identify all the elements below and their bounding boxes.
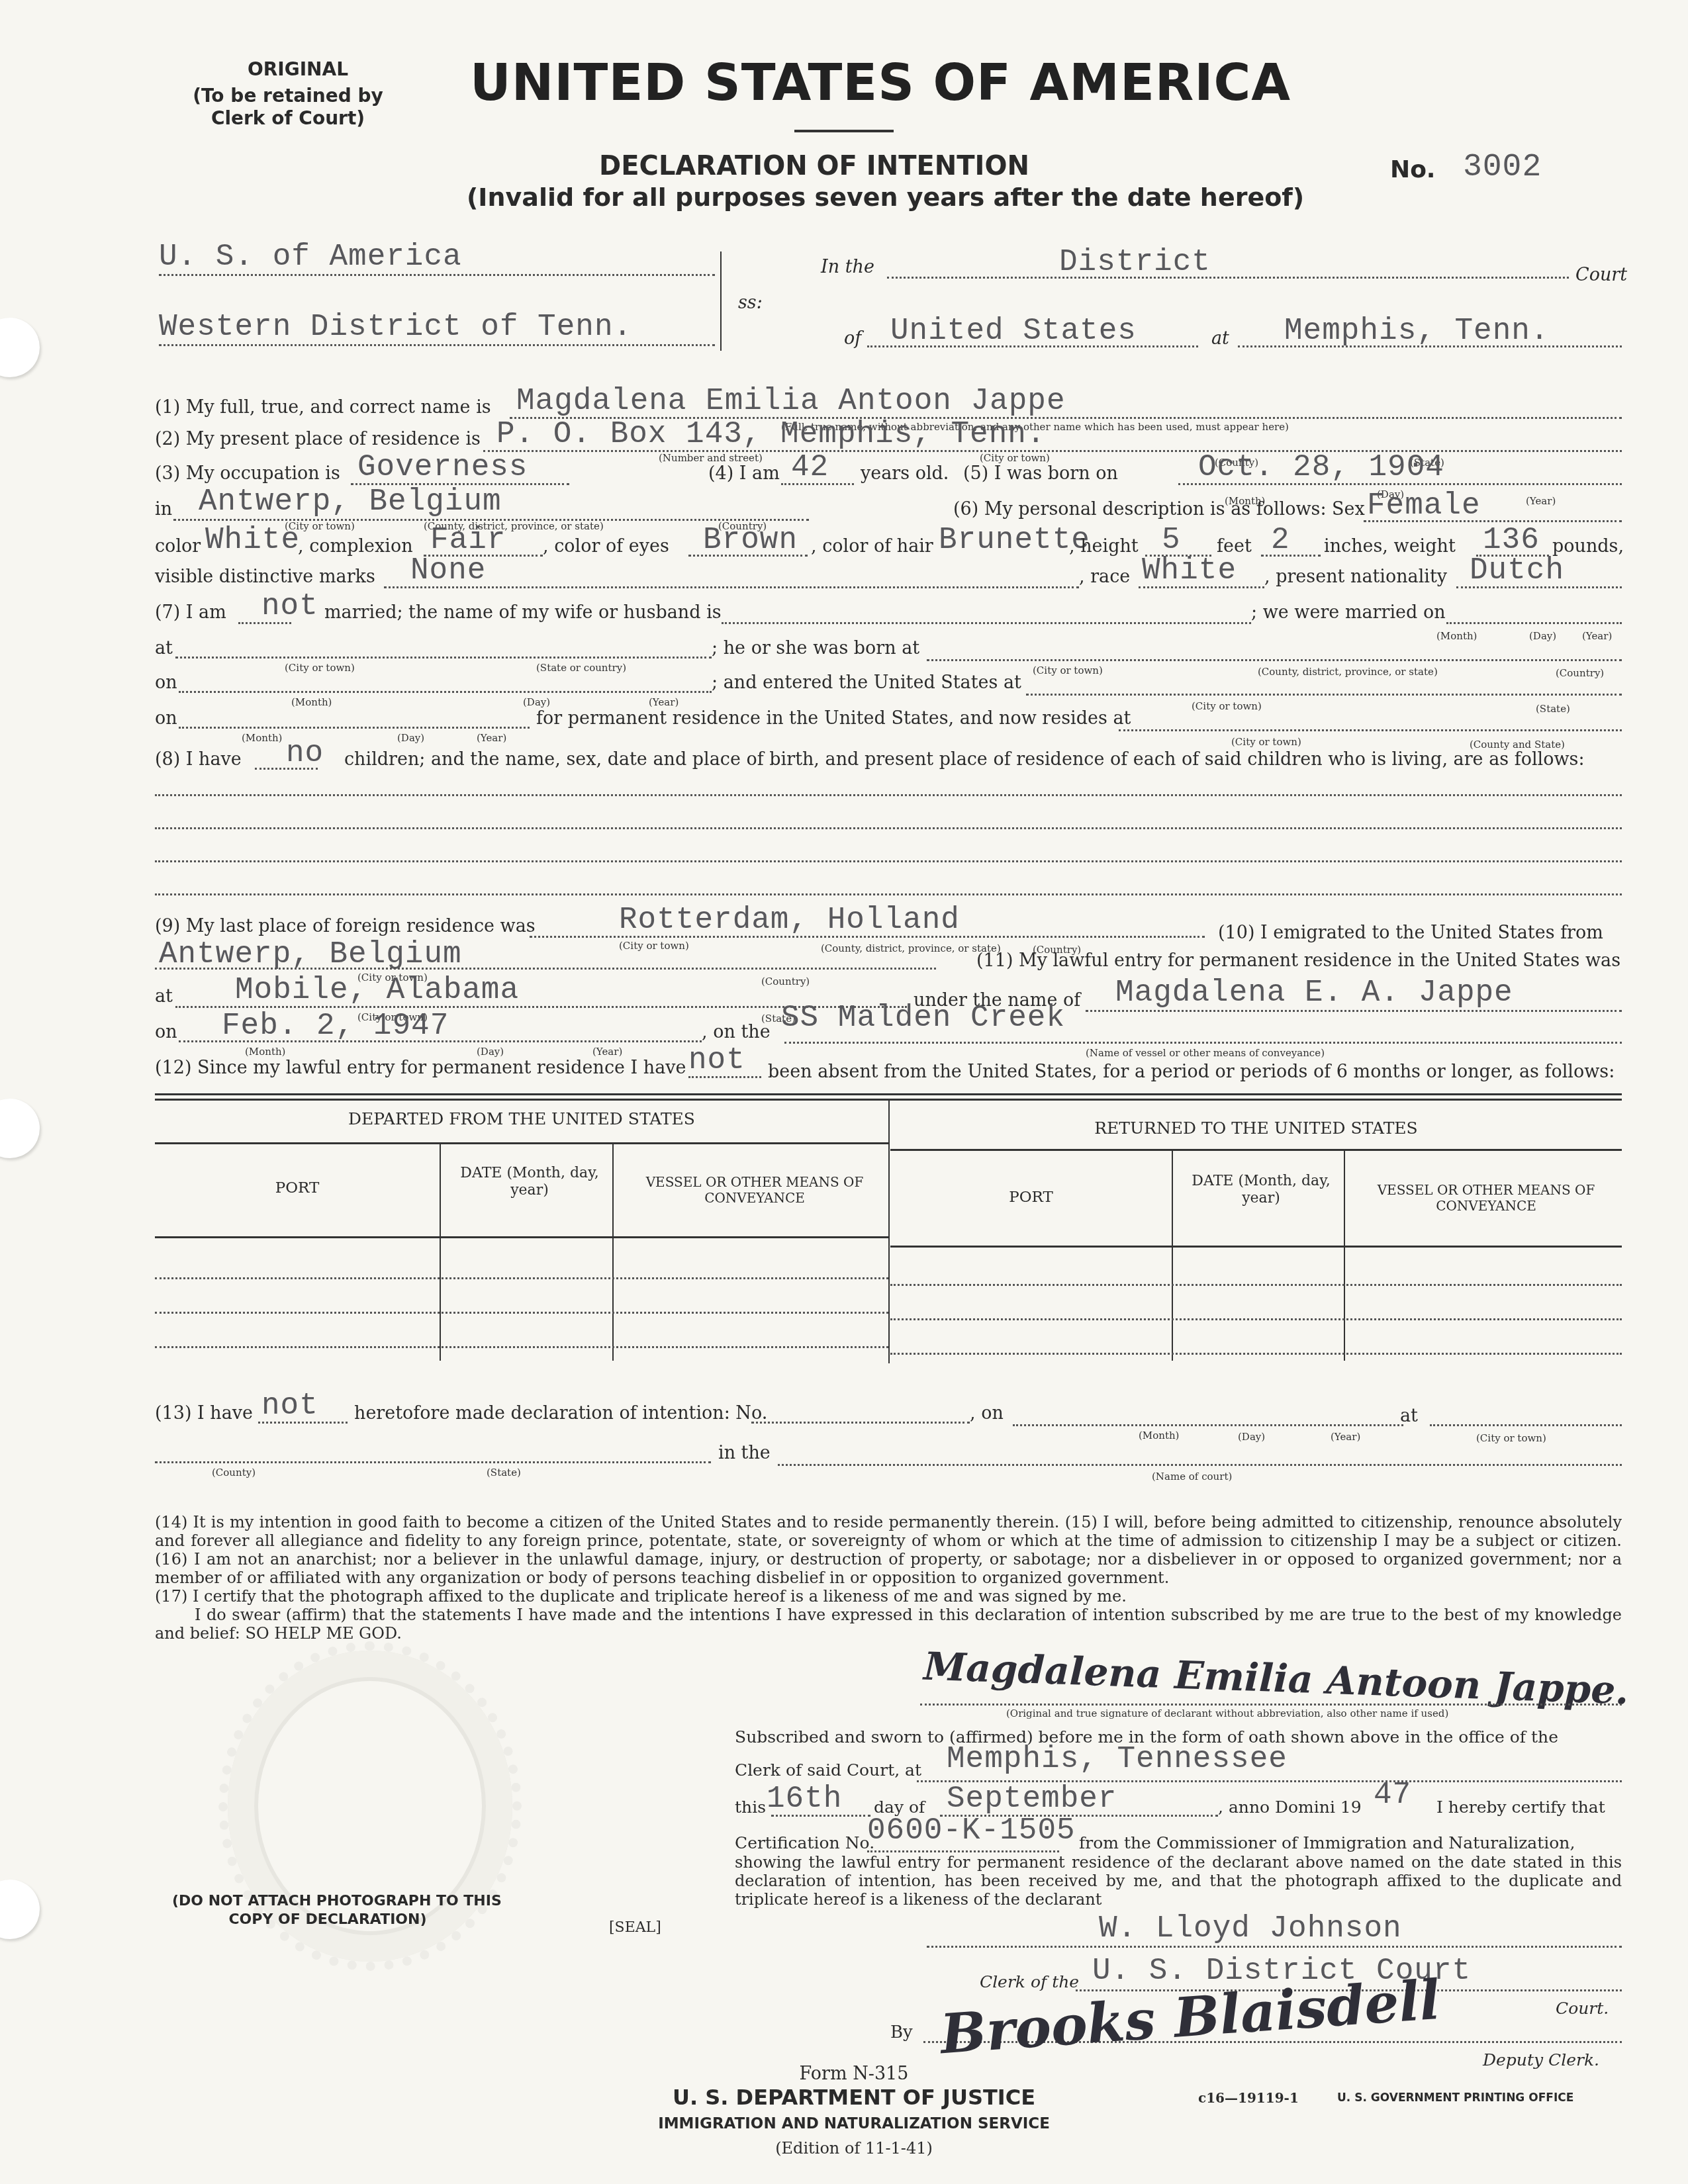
anno-label: , anno Domini 19 — [1218, 1797, 1362, 1817]
col-divider — [1172, 1149, 1173, 1361]
caption: (Year) — [1526, 495, 1556, 507]
oath-paragraph: (14) It is my intention in good faith to… — [155, 1513, 1622, 1587]
q5-label: (5) I was born on — [963, 463, 1118, 484]
complexion-label: , complexion — [298, 536, 413, 557]
q8-label: (8) I have — [155, 749, 242, 770]
table-rule — [155, 1236, 888, 1238]
married-on-label: ; we were married on — [1251, 602, 1446, 623]
entered-us-label: ; and entered the United States at — [712, 672, 1021, 693]
absent-value: not — [688, 1043, 745, 1077]
caption: (City or town) — [285, 662, 355, 674]
col-divider — [1344, 1149, 1345, 1361]
dotted-line — [867, 1850, 1059, 1852]
form-number: Form N-315 — [728, 2064, 980, 2084]
dotted-line — [1446, 622, 1622, 624]
q3-label: (3) My occupation is — [155, 463, 340, 484]
on-label: on — [155, 708, 177, 729]
clerk-at-label: Clerk of said Court, at — [735, 1760, 921, 1780]
caption: (City or town) — [980, 452, 1050, 464]
document-title: UNITED STATES OF AMERICA — [470, 53, 1291, 112]
col-port-returned: PORT — [890, 1189, 1172, 1206]
complexion-value: Fair — [430, 523, 506, 557]
col-port-departed: PORT — [155, 1179, 440, 1197]
caption: (Month) — [1436, 630, 1477, 642]
seal-label: [SEAL] — [609, 1919, 661, 1936]
dotted-line — [751, 1422, 970, 1424]
dotted-line — [722, 622, 1251, 624]
caption: (Country) — [1556, 667, 1604, 679]
table-rule — [155, 1093, 1622, 1095]
residence-value: P. O. Box 143, Memphis, Tenn. — [496, 417, 1046, 451]
cert-text-body: showing the lawful entry for permanent r… — [735, 1853, 1622, 1909]
photo-note: COPY OF DECLARATION) — [172, 1911, 483, 1928]
court-type: District — [1059, 245, 1211, 279]
age-value: 42 — [791, 450, 829, 484]
dotted-line — [1261, 555, 1321, 557]
hair-value: Brunette — [939, 523, 1090, 557]
deputy-label: Deputy Clerk. — [1483, 2050, 1599, 2070]
clerk-of-label: Clerk of the — [980, 1972, 1079, 1991]
caption: (City or town) — [1231, 736, 1301, 748]
col-divider — [440, 1142, 441, 1361]
col-vessel-departed: VESSEL OR OTHER MEANS OF CONVEYANCE — [619, 1174, 890, 1206]
month-value: September — [947, 1782, 1117, 1816]
entry-date-value: Feb. 2, 1947 — [222, 1009, 449, 1043]
in-the-label: In the — [821, 257, 874, 277]
dotted-line — [175, 657, 712, 659]
on-label: on — [155, 672, 177, 693]
caption: (Year) — [1582, 630, 1612, 642]
certify-label: I hereby certify that — [1436, 1797, 1605, 1817]
caption: (Day) — [397, 732, 424, 744]
col-date-departed: DATE (Month, day, year) — [447, 1165, 612, 1199]
emigrated-from-value: Antwerp, Belgium — [159, 937, 462, 972]
sworn-statement: I do swear (affirm) that the statements … — [155, 1606, 1622, 1643]
q6-label: (6) My personal description is as follow… — [953, 499, 1365, 520]
table-row — [890, 1318, 1622, 1320]
at-label: at — [1211, 328, 1229, 349]
q13-text: heretofore made declaration of intention… — [354, 1403, 767, 1424]
married-value: not — [261, 589, 318, 623]
table-rule — [890, 1149, 1622, 1151]
dotted-line — [155, 860, 1622, 862]
q11-label: (11) My lawful entry for permanent resid… — [976, 950, 1620, 971]
q4-label: (4) I am — [708, 463, 780, 484]
in-the-label: in the — [718, 1443, 771, 1463]
dotted-line — [155, 968, 936, 970]
of-label: of — [844, 328, 861, 349]
table-row — [155, 1312, 888, 1314]
dotted-line — [927, 1946, 1622, 1948]
q8-text: children; and the name, sex, date and pl… — [344, 749, 1585, 770]
nationality-value: Dutch — [1470, 553, 1564, 588]
dotted-line — [155, 827, 1622, 829]
jurisdiction-1: U. S. of America — [159, 240, 462, 274]
table-row — [890, 1353, 1622, 1355]
at-label: at — [155, 986, 173, 1007]
caption: (Month) — [245, 1046, 285, 1058]
dotted-line — [159, 274, 715, 276]
dotted-line — [1430, 1424, 1622, 1426]
clerk-name-value: W. Lloyd Johnson — [1099, 1911, 1402, 1946]
caption: (Original and true signature of declaran… — [1006, 1707, 1448, 1719]
nationality-label: , present nationality — [1264, 567, 1447, 587]
copy-label: ORIGINAL — [212, 58, 384, 80]
col-divider — [612, 1142, 614, 1361]
col-vessel-returned: VESSEL OR OTHER MEANS OF CONVEYANCE — [1350, 1182, 1622, 1214]
caption: (Month) — [291, 696, 332, 708]
validity-note: (Invalid for all purposes seven years af… — [467, 183, 1304, 212]
dotted-line — [927, 659, 1622, 661]
title-rule — [794, 130, 894, 132]
q7-label: (7) I am — [155, 602, 226, 623]
caption: (City or town) — [1192, 700, 1262, 712]
table-rule — [890, 1246, 1622, 1248]
printer-name: U. S. GOVERNMENT PRINTING OFFICE — [1337, 2091, 1573, 2105]
caption: (County, district, province, or state) — [821, 942, 1001, 954]
hair-label: , color of hair — [811, 536, 933, 557]
height-label: , height — [1069, 536, 1139, 557]
caption: (Day) — [477, 1046, 504, 1058]
dotted-line — [887, 277, 1569, 279]
birth-date-value: Oct. 28, 1904 — [1198, 450, 1444, 484]
full-name-value: Magdalena Emilia Antoon Jappe — [516, 384, 1066, 418]
declaration-number: 3002 — [1463, 150, 1542, 185]
q10-label: (10) I emigrated to the United States fr… — [1218, 923, 1603, 943]
document-subtitle: DECLARATION OF INTENTION — [599, 151, 1029, 181]
height-inches-value: 2 — [1271, 523, 1290, 557]
caption: (Year) — [1331, 1431, 1360, 1443]
eyes-value: Brown — [703, 523, 798, 557]
q7-text: married; the name of my wife or husband … — [324, 602, 722, 623]
caption: (State or country) — [536, 662, 626, 674]
year-value: 47 — [1374, 1778, 1411, 1812]
number-label: No. — [1390, 156, 1436, 183]
caption: (Year) — [592, 1046, 622, 1058]
children-value: no — [286, 736, 324, 770]
caption: (City or town) — [1033, 664, 1103, 676]
caption: (Month) — [1139, 1430, 1179, 1441]
court-location: Memphis, Tenn. — [1284, 314, 1549, 348]
dotted-line — [179, 691, 712, 693]
punch-hole — [0, 1880, 40, 1939]
court-label: Court — [1575, 265, 1627, 285]
q12-text: been absent from the United States, for … — [768, 1062, 1615, 1082]
at-label: at — [155, 638, 173, 659]
q13-value: not — [261, 1388, 318, 1423]
caption: (Name of court) — [1152, 1471, 1232, 1482]
sworn-location-value: Memphis, Tennessee — [947, 1742, 1288, 1776]
caption: (Day) — [523, 696, 550, 708]
q1-label: (1) My full, true, and correct name is — [155, 397, 491, 418]
copy-note: (To be retained by — [156, 85, 420, 107]
cert-number-value: 0600-K-1505 — [867, 1813, 1076, 1848]
copy-note: Clerk of Court) — [156, 107, 420, 129]
department-name: U. S. DEPARTMENT OF JUSTICE — [635, 2085, 1072, 2110]
dotted-line — [1119, 729, 1622, 731]
caption: (County) — [212, 1467, 256, 1479]
dotted-line — [1086, 1010, 1622, 1012]
col-date-returned: DATE (Month, day, year) — [1178, 1173, 1344, 1207]
cert-label: Certification No. — [735, 1833, 874, 1852]
at-label: at — [1400, 1406, 1418, 1426]
jurisdiction-2: Western District of Tenn. — [159, 310, 632, 344]
court-of: United States — [890, 314, 1137, 348]
caption: (Number and street) — [659, 452, 763, 464]
vessel-value: SS Malden Creek — [781, 1001, 1065, 1035]
q9-label: (9) My last place of foreign residence w… — [155, 916, 536, 936]
signature-line — [920, 1704, 1622, 1706]
on-the-label: , on the — [702, 1022, 771, 1042]
ss-label: ss: — [738, 293, 763, 313]
dotted-line — [384, 586, 1079, 588]
entry-port-value: Mobile, Alabama — [235, 973, 519, 1007]
on-label: on — [155, 1022, 177, 1042]
q13-label: (13) I have — [155, 1403, 253, 1424]
brace — [720, 251, 722, 351]
caption: (Month) — [242, 732, 282, 744]
declarant-signature: Magdalena Emilia Antoon Jappe. — [923, 1643, 1629, 1713]
service-name: IMMIGRATION AND NATURALIZATION SERVICE — [622, 2115, 1086, 2132]
perm-res-label: for permanent residence in the United St… — [536, 708, 1131, 729]
dotted-line — [155, 794, 1622, 796]
entry-name-value: Magdalena E. A. Jappe — [1115, 976, 1513, 1010]
sex-value: Female — [1367, 488, 1481, 523]
inches-label: inches, weight — [1324, 536, 1456, 557]
caption: (County, district, province, or state) — [1258, 666, 1438, 678]
caption: (Day) — [1238, 1431, 1265, 1443]
color-value: White — [205, 523, 300, 557]
dotted-line — [155, 1461, 711, 1463]
print-code: c16—19119-1 — [1198, 2090, 1299, 2106]
table-row — [155, 1346, 888, 1348]
photo-certification: (17) I certify that the photograph affix… — [155, 1587, 1622, 1606]
table-row — [155, 1277, 888, 1279]
punch-hole — [0, 1099, 40, 1158]
caption: (Year) — [477, 732, 506, 744]
caption: (State) — [1536, 703, 1570, 715]
in-label: in — [155, 499, 172, 520]
marks-value: None — [410, 553, 486, 588]
caption: (Year) — [649, 696, 679, 708]
dotted-line — [784, 1042, 1622, 1044]
caption: (City or town) — [619, 940, 689, 952]
last-foreign-residence-value: Rotterdam, Holland — [619, 903, 960, 937]
table-rule — [155, 1142, 888, 1144]
dotted-line — [1013, 1424, 1403, 1426]
spouse-born-label: ; he or she was born at — [712, 638, 919, 659]
cert-text: from the Commissioner of Immigration and… — [1079, 1833, 1575, 1852]
by-label: By — [890, 2023, 913, 2042]
dotted-line — [179, 727, 530, 729]
returned-header: RETURNED TO THE UNITED STATES — [890, 1118, 1622, 1138]
caption: (Country) — [761, 976, 810, 987]
edition: (Edition of 11-1-41) — [702, 2139, 1006, 2158]
height-feet-value: 5 — [1162, 523, 1181, 557]
occupation-value: Governess — [357, 450, 528, 484]
this-label: this — [735, 1797, 766, 1817]
birth-place-value: Antwerp, Belgium — [199, 484, 502, 519]
eyes-label: , color of eyes — [543, 536, 669, 557]
caption: (City or town) — [1476, 1432, 1546, 1444]
dotted-line — [155, 893, 1622, 895]
color-label: color — [155, 536, 201, 557]
weight-value: 136 — [1483, 523, 1540, 557]
dotted-line — [159, 344, 715, 346]
q2-label: (2) My present place of residence is — [155, 429, 481, 449]
caption: (State) — [487, 1467, 521, 1479]
day-value: 16th — [767, 1782, 842, 1816]
dotted-line — [778, 1464, 1622, 1466]
court-label: Court. — [1556, 1999, 1609, 2018]
caption: (Day) — [1529, 630, 1556, 642]
marks-label: visible distinctive marks — [155, 567, 375, 587]
table-row — [890, 1284, 1622, 1286]
race-label: , race — [1079, 567, 1130, 587]
q12-label: (12) Since my lawful entry for permanent… — [155, 1058, 686, 1078]
departed-header: DEPARTED FROM THE UNITED STATES — [155, 1109, 888, 1128]
on-label: , on — [970, 1403, 1004, 1424]
race-value: White — [1142, 553, 1237, 588]
punch-hole — [0, 318, 40, 377]
caption: (Name of vessel or other means of convey… — [1086, 1047, 1325, 1059]
table-divider — [888, 1099, 890, 1363]
years-old-label: years old. — [861, 463, 949, 484]
photo-note: (DO NOT ATTACH PHOTOGRAPH TO THIS — [172, 1893, 483, 1909]
dotted-line — [1026, 694, 1622, 696]
